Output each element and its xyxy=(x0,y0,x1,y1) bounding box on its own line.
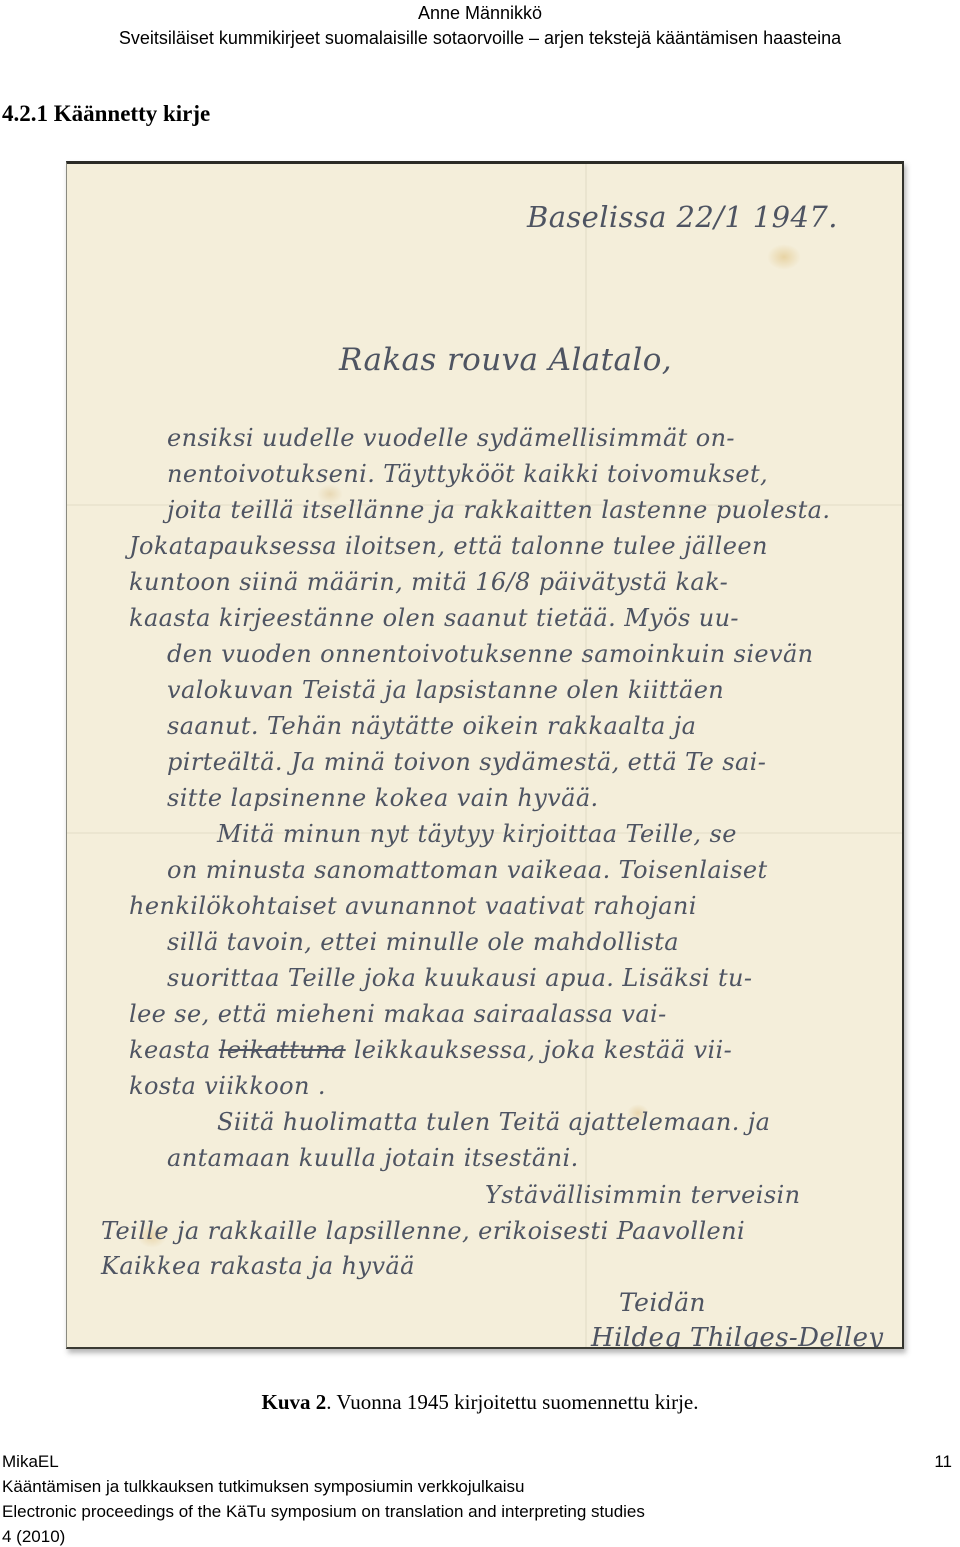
letter-line: Teidän xyxy=(67,1286,902,1320)
letter-line: saanut. Tehän näytätte oikein rakkaalta … xyxy=(67,708,902,744)
letter-line: valokuvan Teistä ja lapsistanne olen kii… xyxy=(67,672,902,708)
letter-line: antamaan kuulla jotain itsestäni. xyxy=(67,1140,902,1176)
section-heading: 4.2.1 Käännetty kirje xyxy=(2,101,210,127)
letter-line: nentoivotukseni. Täyttykööt kaikki toivo… xyxy=(67,456,902,492)
footer-line4: 4 (2010) xyxy=(2,1524,958,1547)
letter-line: Teille ja rakkaille lapsillenne, erikois… xyxy=(67,1214,902,1249)
figure-caption-text: . Vuonna 1945 kirjoitettu suomennettu ki… xyxy=(326,1390,698,1414)
letter-line: sitte lapsinenne kokea vain hyvää. xyxy=(67,780,902,816)
letter-line: pirteältä. Ja minä toivon sydämestä, ett… xyxy=(67,744,902,780)
footer-journal: MikaEL xyxy=(2,1449,958,1474)
letter-line: Kaikkea rakasta ja hyvää xyxy=(67,1249,902,1284)
letter-line: joita teillä itsellänne ja rakkaitten la… xyxy=(67,492,902,528)
letter-line-text: keasta xyxy=(129,1036,219,1064)
footer-line2: Kääntämisen ja tulkkauksen tutkimuksen s… xyxy=(2,1474,958,1499)
letter-line: Siitä huolimatta tulen Teitä ajattelemaa… xyxy=(67,1104,902,1140)
page-number: 11 xyxy=(934,1449,952,1474)
letter-line: Mitä minun nyt täytyy kirjoittaa Teille,… xyxy=(67,816,902,852)
letter-scan-image: Baselissa 22/1 1947.Rakas rouva Alatalo,… xyxy=(66,161,904,1349)
letter-line-text: leikkauksessa, joka kestää vii- xyxy=(346,1036,732,1064)
strikethrough-word: leikattuna xyxy=(219,1036,346,1064)
letter-lines: Baselissa 22/1 1947.Rakas rouva Alatalo,… xyxy=(67,164,902,1347)
letter-line: henkilökohtaiset avunannot vaativat raho… xyxy=(67,888,902,924)
paper-title: Sveitsiläiset kummikirjeet suomalaisille… xyxy=(0,26,960,50)
letter-line: kuntoon siinä määrin, mitä 16/8 päivätys… xyxy=(67,564,902,600)
letter-line: suorittaa Teille joka kuukausi apua. Lis… xyxy=(67,960,902,996)
letter-line: kaasta kirjeestänne olen saanut tietää. … xyxy=(67,600,902,636)
figure-caption-label: Kuva 2 xyxy=(262,1390,327,1414)
letter-line: Hildeg Thilges-Delley xyxy=(67,1320,902,1349)
letter-line: sillä tavoin, ettei minulle ole mahdolli… xyxy=(67,924,902,960)
author-name: Anne Männikkö xyxy=(0,0,960,26)
footer-line3: Electronic proceedings of the KäTu sympo… xyxy=(2,1499,958,1524)
letter-line: Jokatapauksessa iloitsen, että talonne t… xyxy=(67,528,902,564)
page-footer: MikaEL Kääntämisen ja tulkkauksen tutkim… xyxy=(2,1449,958,1547)
letter-line: Baselissa 22/1 1947. xyxy=(67,196,902,238)
letter-line: Ystävällisimmin terveisin xyxy=(67,1176,902,1214)
letter-line: on minusta sanomattoman vaikeaa. Toisenl… xyxy=(67,852,902,888)
paper-page: Anne Männikkö Sveitsiläiset kummikirjeet… xyxy=(0,0,960,1547)
letter-line: keasta leikattuna leikkauksessa, joka ke… xyxy=(67,1032,902,1068)
running-header: Anne Männikkö Sveitsiläiset kummikirjeet… xyxy=(0,0,960,50)
letter-line: den vuoden onnentoivotuksenne samoinkuin… xyxy=(67,636,902,672)
letter-line: ensiksi uudelle vuodelle sydämellisimmät… xyxy=(67,420,902,456)
letter-line: Rakas rouva Alatalo, xyxy=(67,336,902,384)
letter-line: kosta viikkoon . xyxy=(67,1068,902,1104)
figure-caption: Kuva 2. Vuonna 1945 kirjoitettu suomenne… xyxy=(0,1390,960,1415)
letter-line: lee se, että mieheni makaa sairaalassa v… xyxy=(67,996,902,1032)
